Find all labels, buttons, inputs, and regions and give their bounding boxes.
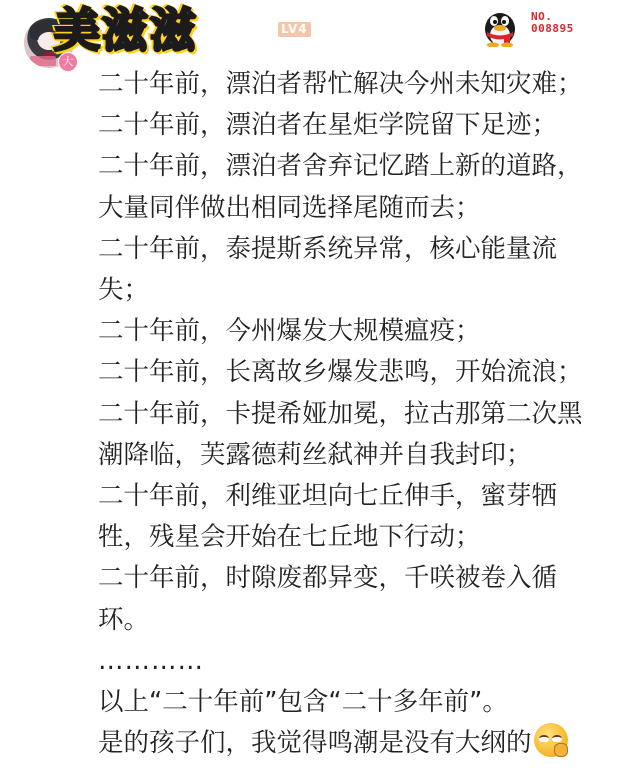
post-line: 二十年前，时隙废都异变，千咲被卷入循 [98,558,618,599]
level-badge: LV4 [278,22,311,37]
avatar-tag [30,56,56,66]
separator: ………… [98,641,618,682]
post-line: 二十年前，利维亚坦向七丘伸手，蜜芽牺 [98,476,618,517]
post-line: 二十年前，漂泊者舍弃记忆踏上新的道路， [98,146,618,187]
smirk-face-emoji-icon [534,723,568,757]
username[interactable]: 美滋滋 [54,0,198,46]
closing-text: 是的孩子们，我觉得鸣潮是没有大纲的 [98,728,532,758]
qq-number-value: 008895 [531,23,574,35]
post-line: 失； [98,270,618,311]
qq-penguin-icon [480,5,520,47]
post-content: 二十年前，漂泊者帮忙解决今州未知灾难； 二十年前，漂泊者在星炬学院留下足迹； 二… [98,64,618,764]
post-line: 环。 [98,600,618,641]
post-line: 二十年前，泰提斯系统异常，核心能量流 [98,229,618,270]
post-line: 潮降临，芙露德莉丝弑神并自我封印； [98,435,618,476]
closing-line: 是的孩子们，我觉得鸣潮是没有大纲的 [98,723,618,764]
post-line: 二十年前，漂泊者帮忙解决今州未知灾难； [98,64,618,105]
post-line: 牲，残星会开始在七丘地下行动； [98,517,618,558]
post-line: 二十年前，今州爆发大规模瘟疫； [98,311,618,352]
post-line: 二十年前，长离故乡爆发悲鸣，开始流浪； [98,352,618,393]
post-line: 二十年前，卡提希娅加冕，拉古那第二次黑 [98,394,618,435]
note-line: 以上“二十年前”包含“二十多年前”。 [98,682,618,723]
post-line: 二十年前，漂泊者在星炬学院留下足迹； [98,105,618,146]
qq-number: NO. 008895 [531,11,574,35]
post-line: 大量同伴做出相同选择尾随而去； [98,188,618,229]
